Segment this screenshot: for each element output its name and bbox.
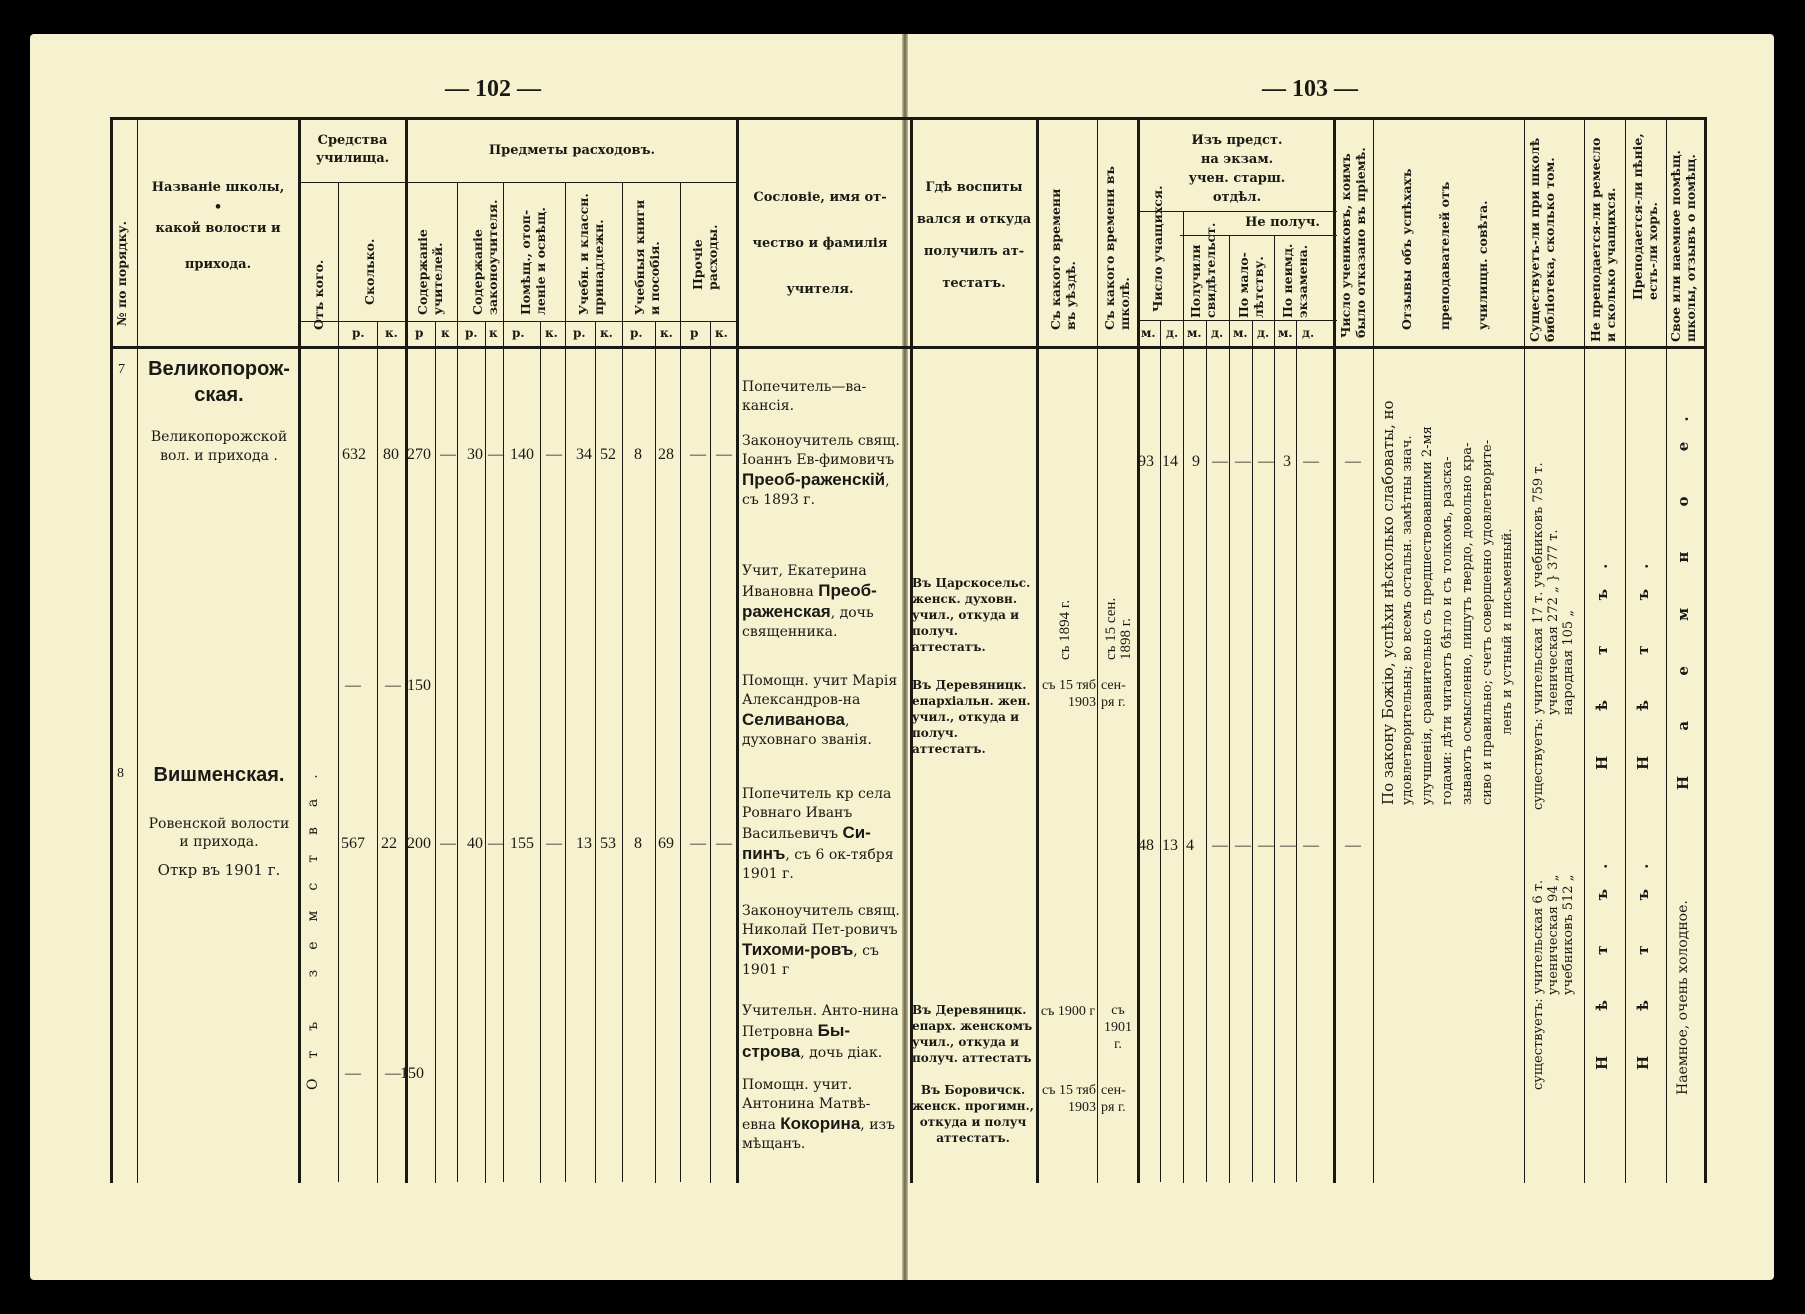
teacher-entry: Законоучитель свящ. Іоаннъ Ев-фимовичъ П… <box>742 432 902 510</box>
exp-supplies-r: 13 <box>576 836 592 852</box>
teacher-entry: Законоучитель свящ. Николай Пет-ровичъ Т… <box>742 902 902 980</box>
pupils-m: 48 <box>1138 838 1154 854</box>
since-school: съ 1901 г. <box>1101 1002 1135 1053</box>
since-school: съ 15 сен. 1898 г. <box>1104 590 1134 660</box>
unit-r: р. <box>573 325 586 341</box>
header-not-received: Не получ. <box>1230 215 1335 230</box>
amount-kopecks: 80 <box>383 447 399 463</box>
library-entry: существуетъ: учительская 6 т. ученическа… <box>1531 875 1576 1090</box>
minor-d: — <box>1258 838 1274 854</box>
unit-k: к. <box>715 325 728 341</box>
exp-books-k: 69 <box>658 836 674 852</box>
exp2-teacher-r: 150 <box>407 678 431 694</box>
header-minor: По мало-лѣтству. <box>1236 252 1266 318</box>
header-singing: Преподается-ли пѣніе,есть-ли хоръ. <box>1630 133 1660 300</box>
educated-entry: Въ Деревяницк. епархіальн. жен. учил., о… <box>912 677 1034 757</box>
exp-other-k: — <box>716 447 732 463</box>
amount-kopecks: 22 <box>381 836 397 852</box>
cert-d: — <box>1212 454 1228 470</box>
failed-m: — <box>1280 838 1296 854</box>
exp-teacher-r: 200 <box>407 836 431 852</box>
unit-k: к <box>441 325 450 341</box>
header-refused: Число учениковъ, коимъбыло отказано въ п… <box>1338 147 1368 338</box>
header-priest-salary: Содержаніезаконоучителя. <box>470 200 500 315</box>
header-educated: Гдѣ воспитывался и откудаполучилъ ат-тес… <box>912 172 1036 300</box>
pupils-d: 13 <box>1162 838 1178 854</box>
exp-supplies-r: 34 <box>576 447 592 463</box>
header-books: Учебныя книгии пособія. <box>632 200 662 315</box>
header-exam: Изъ предст.на экзам.учен. старш.отдѣл. <box>1139 131 1335 207</box>
craft-entry: Н ѣ т ъ. <box>1595 544 1610 770</box>
row-number: 8 <box>117 766 124 782</box>
amount2-k: — <box>385 1066 401 1082</box>
unit-r: р. <box>352 325 365 341</box>
exp-teacher-k: — <box>440 836 456 852</box>
unit-r: р <box>690 325 698 341</box>
premises-entry: Наемное, очень холодное. <box>1676 900 1691 1095</box>
exp-priest-k: — <box>488 836 504 852</box>
craft-entry: Н ѣ т ъ. <box>1595 844 1610 1070</box>
exp-priest-k: — <box>488 447 504 463</box>
header-other: Прочіерасходы. <box>690 225 720 290</box>
minor-m: — <box>1235 838 1251 854</box>
minor-d: — <box>1258 454 1274 470</box>
since-district: съ 15 тяб 1903 <box>1040 1082 1096 1116</box>
exp-priest-r: 40 <box>467 836 483 852</box>
since-school: сен-ря г. <box>1101 677 1135 711</box>
page-number-left: — 102 — <box>445 76 541 103</box>
exp-premises-r: 140 <box>510 447 534 463</box>
teacher-entry: Попечитель кр села Ровнаго Иванъ Василье… <box>742 785 902 884</box>
unit-r: р. <box>512 325 525 341</box>
pupils-m: 93 <box>1138 454 1154 470</box>
exp-teacher-k: — <box>440 447 456 463</box>
teacher-entry: Помощн. учит Марія Александров-на Селива… <box>742 672 902 750</box>
exp-teacher-r: 270 <box>407 447 431 463</box>
header-expenses: Предметы расходовъ. <box>408 143 736 158</box>
header-library: Существуетъ-ли при школѣбибліотека, скол… <box>1527 138 1557 342</box>
amount-rubles: 632 <box>342 447 366 463</box>
header-failed: По неимд.экзамена. <box>1280 244 1310 318</box>
school-name: Вишменская. <box>142 764 296 787</box>
teacher-entry: Помощн. учит. Антонина Матвѣ-евна Кокори… <box>742 1076 902 1154</box>
exp-other-r: — <box>690 836 706 852</box>
refused: — <box>1345 838 1361 854</box>
exp-premises-k: — <box>546 447 562 463</box>
header-school-name: Названіе школы, • какой волости и приход… <box>140 175 296 287</box>
since-district: съ 15 тяб 1903 <box>1040 677 1096 711</box>
amount2-r: — <box>345 678 361 694</box>
minor-m: — <box>1235 454 1251 470</box>
header-from-whom: Отъ кого. <box>311 260 326 330</box>
unit-k: к <box>489 325 498 341</box>
header-reviews: Отзывы объ успѣхахъпреподавателей отъучи… <box>1388 169 1502 330</box>
row-number: 7 <box>118 362 125 378</box>
unit-r: р. <box>630 325 643 341</box>
header-premises: Свое или наемное помѣщ.школы, отзывъ о п… <box>1668 150 1698 342</box>
header-since-district: Съ какого временивъ уѣздѣ. <box>1048 189 1078 330</box>
singing-entry: Н ѣ т ъ. <box>1636 544 1651 770</box>
reviews-text: По закону Божію, успѣхи нѣсколько слабов… <box>1378 400 1518 805</box>
exp-supplies-k: 52 <box>600 447 616 463</box>
singing-entry: Н ѣ т ъ. <box>1636 844 1651 1070</box>
unit-k: к. <box>660 325 673 341</box>
unit-k: к. <box>385 325 398 341</box>
educated-entry: Въ Царскосельс. женск. духовн. учил., от… <box>912 575 1034 655</box>
unit-k: к. <box>545 325 558 341</box>
page-number-right: — 103 — <box>1262 76 1358 103</box>
since-district: съ 1894 г. <box>1058 600 1073 660</box>
failed-d: — <box>1303 454 1319 470</box>
exp2-teacher-r: 150 <box>400 1066 424 1082</box>
header-supplies: Учебн. и классн.принадлежн. <box>576 193 606 315</box>
school-name: Великопорож- ская. <box>142 356 296 408</box>
amount-rubles: 567 <box>341 836 365 852</box>
school-parish: Ровенской волостии прихода. Откр въ 1901… <box>142 815 296 879</box>
refused: — <box>1345 454 1361 470</box>
teacher-entry: Учительн. Анто-нина Петровна Бы-строва, … <box>742 1002 902 1063</box>
unit-k: к. <box>600 325 613 341</box>
unit-r: р. <box>465 325 478 341</box>
cert-d: — <box>1212 838 1228 854</box>
library-entry: существуетъ: учительская 17 т. учебников… <box>1531 462 1576 810</box>
header-teacher: Сословіе, имя от-чество и фамиліяучителя… <box>740 175 900 313</box>
header-craft: Не преподается-ли ремеслои сколько учащи… <box>1588 138 1618 342</box>
amount2-r: — <box>345 1066 361 1082</box>
exp-premises-r: 155 <box>510 836 534 852</box>
teacher-entry: Учит, Екатерина Ивановна Преоб-раженская… <box>742 562 902 642</box>
exp-priest-r: 30 <box>467 447 483 463</box>
cert-m: 4 <box>1186 838 1194 854</box>
amount2-k: — <box>385 678 401 694</box>
header-since-school: Съ какого времени въшколѣ. <box>1102 166 1132 330</box>
exp-books-k: 28 <box>658 447 674 463</box>
book-spine <box>902 34 908 1280</box>
educated-entry: Въ Деревяницк. епарх. женскомъ учил., от… <box>912 1002 1034 1066</box>
school-parish: Великопорожскойвол. и прихода . <box>142 428 296 466</box>
cert-m: 9 <box>1192 454 1200 470</box>
since-district: съ 1900 г <box>1040 1002 1096 1021</box>
failed-m: 3 <box>1283 454 1291 470</box>
exp-other-r: — <box>690 447 706 463</box>
teacher-entry: Попечитель—ва-кансія. <box>742 378 902 416</box>
premises-entry: Н а е м н о е. <box>1676 396 1691 790</box>
exp-books-r: 8 <box>634 447 642 463</box>
header-teacher-salary: Содержаніеучителей. <box>415 229 445 315</box>
exp-premises-k: — <box>546 836 562 852</box>
exp-books-r: 8 <box>634 836 642 852</box>
header-funds: Средстваучилища. <box>300 132 405 168</box>
failed-d: — <box>1303 838 1319 854</box>
since-school: сен-ря г. <box>1101 1082 1135 1116</box>
pupils-d: 14 <box>1162 454 1178 470</box>
header-how-much: Сколько. <box>362 239 377 305</box>
header-certificates: Получилисвидѣтельст. <box>1188 223 1218 318</box>
exp-other-k: — <box>716 836 732 852</box>
educated-entry: Въ Боровичск. женск. прогимн., откуда и … <box>912 1082 1034 1146</box>
funds-source-vertical: Отъ земства. <box>306 754 321 1090</box>
header-number: № по порядку. <box>114 126 129 326</box>
header-premises-heating: Помѣщ., отоп-леніе и освѣщ. <box>518 207 548 315</box>
exp-supplies-k: 53 <box>600 836 616 852</box>
unit-r: р <box>415 325 423 341</box>
